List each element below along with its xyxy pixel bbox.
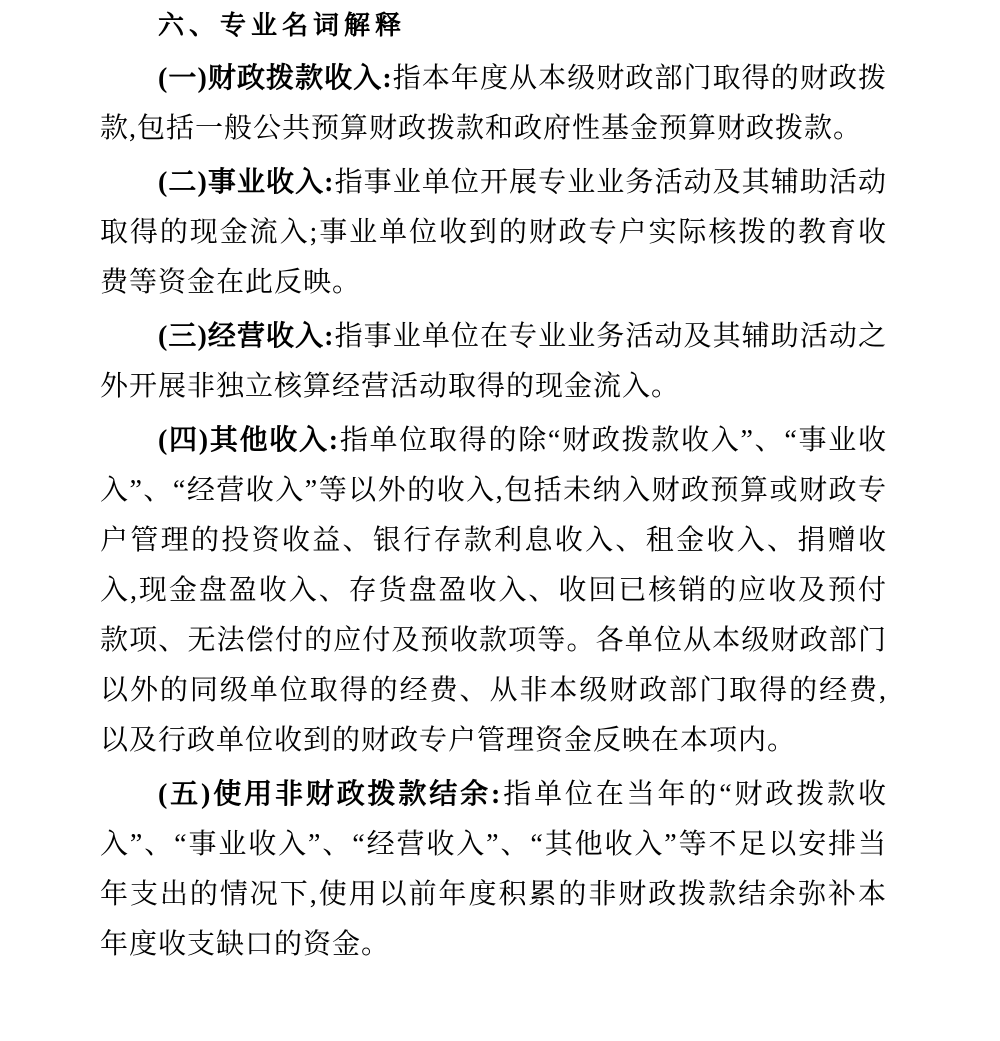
term-label: (五)使用非财政拨款结余: (158, 779, 501, 810)
term-definition: 指单位取得的除“财政拨款收入”、“事业收入”、“经营收入”等以外的收入,包括未纳… (100, 425, 887, 756)
term-paragraph-non-fiscal-surplus: (五)使用非财政拨款结余:指单位在当年的“财政拨款收入”、“事业收入”、“经营收… (100, 770, 887, 970)
term-paragraph-operating-income-public: (二)事业收入:指事业单位开展专业业务活动及其辅助活动取得的现金流入;事业单位收… (100, 158, 887, 308)
term-paragraph-business-income: (三)经营收入:指事业单位在专业业务活动及其辅助活动之外开展非独立核算经营活动取… (100, 312, 887, 412)
term-label: (一)财政拨款收入: (158, 63, 393, 94)
term-paragraph-other-income: (四)其他收入:指单位取得的除“财政拨款收入”、“事业收入”、“经营收入”等以外… (100, 416, 887, 766)
term-paragraph-fiscal-appropriation-income: (一)财政拨款收入:指本年度从本级财政部门取得的财政拨款,包括一般公共预算财政拨… (100, 54, 887, 154)
section-heading: 六、专业名词解释 (100, 0, 887, 50)
term-label: (二)事业收入: (158, 167, 335, 198)
term-label: (三)经营收入: (158, 321, 335, 352)
term-label: (四)其他收入: (158, 425, 339, 456)
document-page: 六、专业名词解释 (一)财政拨款收入:指本年度从本级财政部门取得的财政拨款,包括… (0, 0, 1000, 1041)
